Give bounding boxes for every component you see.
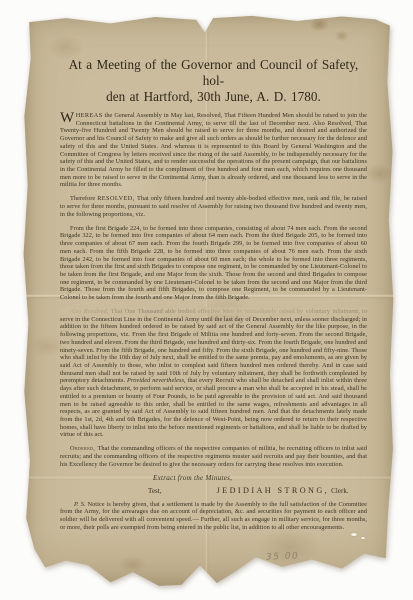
also-resolved-body1: That One Thousand able bodied effective … (60, 308, 367, 384)
resolved-lead: Therefore (70, 195, 97, 202)
title-line-2: den at Hartford, 30th June, A. D. 1780. (106, 89, 321, 104)
postscript-lead: P. S. (74, 501, 88, 508)
also-resolved-body2: that every Recruit who shall be detached… (60, 377, 367, 438)
ordered-lead: Ordered, (70, 445, 98, 452)
dropcap-w: W (60, 112, 76, 126)
clerk-title: Clerk. (331, 488, 349, 496)
brigades-body: From the first Brigade 224, to be formed… (60, 225, 367, 301)
resolved-lead-caps: RESOLVED, (97, 195, 137, 202)
paragraph-also-resolved: Also Resolved, That One Thousand able bo… (60, 308, 367, 439)
ordered-body: That the commanding officers of the resp… (60, 445, 367, 467)
paragraph-ordered: Ordered, That the commanding officers of… (60, 445, 367, 468)
proviso-phrase: Provided nevertheless, (127, 377, 187, 384)
whereas-body: the General Assembly in May last, Resolv… (60, 112, 367, 188)
clerk-signature: JEDIDIAH STRONG, (217, 487, 330, 495)
paragraph-whereas: WHEREAS the General Assembly in May last… (60, 112, 367, 189)
test-label: Test, (148, 488, 162, 496)
paragraph-brigade-proportions: From the first Brigade 224, to be formed… (60, 225, 367, 302)
document-title: At a Meeting of the Governor and Council… (60, 57, 367, 105)
title-line-1: At a Meeting of the Governor and Council… (69, 57, 359, 88)
paragraph-therefore-resolved: Therefore RESOLVED, That only fifteen hu… (60, 195, 367, 218)
broadside-paper: At a Meeting of the Governor and Council… (21, 13, 394, 587)
attestation-row: Test, JEDIDIAH STRONG, Clerk. (60, 487, 367, 496)
extract-from-minutes-line: Extract from the Minutes, (153, 475, 367, 483)
scan-background: At a Meeting of the Governor and Council… (0, 0, 413, 600)
also-resolved-lead: Also Resolved, (70, 308, 111, 315)
postscript-body: Notice is hereby given, that a settlemen… (60, 501, 367, 531)
broadside-paper-wrapper: At a Meeting of the Governor and Council… (21, 13, 394, 587)
document-text-column: At a Meeting of the Governor and Council… (60, 57, 367, 538)
whereas-smallcaps: HEREAS (76, 112, 103, 119)
pencil-price-note: 35 00 (266, 551, 300, 562)
paragraph-postscript: P. S. Notice is hereby given, that a set… (60, 501, 367, 532)
